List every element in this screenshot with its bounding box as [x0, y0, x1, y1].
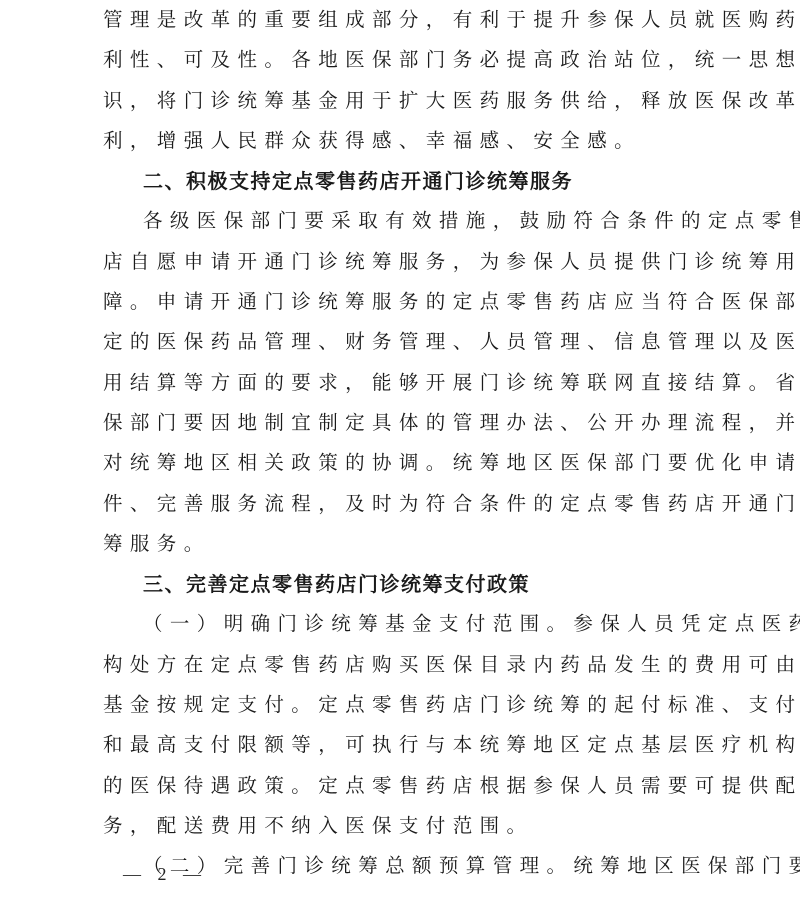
body-line: 识，将门诊统筹基金用于扩大医药服务供给，释放医保改革红: [103, 81, 699, 121]
section-heading-3: 三、完善定点零售药店门诊统筹支付政策: [103, 564, 699, 604]
body-line: 件、完善服务流程，及时为符合条件的定点零售药店开通门诊统: [103, 484, 699, 524]
body-line: 构处方在定点零售药店购买医保目录内药品发生的费用可由统筹: [103, 645, 699, 685]
body-line: 务，配送费用不纳入医保支付范围。: [103, 806, 699, 846]
body-line: 定的医保药品管理、财务管理、人员管理、信息管理以及医保费: [103, 322, 699, 362]
paragraph-start-line: 各级医保部门要采取有效措施，鼓励符合条件的定点零售药: [103, 201, 699, 241]
page-number: — 2 —: [123, 864, 207, 885]
body-line: 利性、可及性。各地医保部门务必提高政治站位，统一思想认: [103, 40, 699, 80]
body-line: 和最高支付限额等，可执行与本统筹地区定点基层医疗机构相同: [103, 725, 699, 765]
body-line: 用结算等方面的要求，能够开展门诊统筹联网直接结算。省级医: [103, 363, 699, 403]
body-line: 对统筹地区相关政策的协调。统筹地区医保部门要优化申请条: [103, 443, 699, 483]
body-line: 基金按规定支付。定点零售药店门诊统筹的起付标准、支付比例: [103, 685, 699, 725]
body-line: 筹服务。: [103, 524, 699, 564]
body-line: 管理是改革的重要组成部分，有利于提升参保人员就医购药的便: [103, 0, 699, 40]
body-line: 利，增强人民群众获得感、幸福感、安全感。: [103, 121, 699, 161]
body-line: 的医保待遇政策。定点零售药店根据参保人员需要可提供配送服: [103, 766, 699, 806]
document-page: 管理是改革的重要组成部分，有利于提升参保人员就医购药的便 利性、可及性。各地医保…: [103, 0, 699, 887]
body-line: 障。申请开通门诊统筹服务的定点零售药店应当符合医保部门规: [103, 282, 699, 322]
body-line: 保部门要因地制宜制定具体的管理办法、公开办理流程，并加强: [103, 403, 699, 443]
subsection-line-1: （一）明确门诊统筹基金支付范围。参保人员凭定点医药机: [103, 604, 699, 644]
body-line: 店自愿申请开通门诊统筹服务，为参保人员提供门诊统筹用药保: [103, 242, 699, 282]
section-heading-2: 二、积极支持定点零售药店开通门诊统筹服务: [103, 161, 699, 201]
